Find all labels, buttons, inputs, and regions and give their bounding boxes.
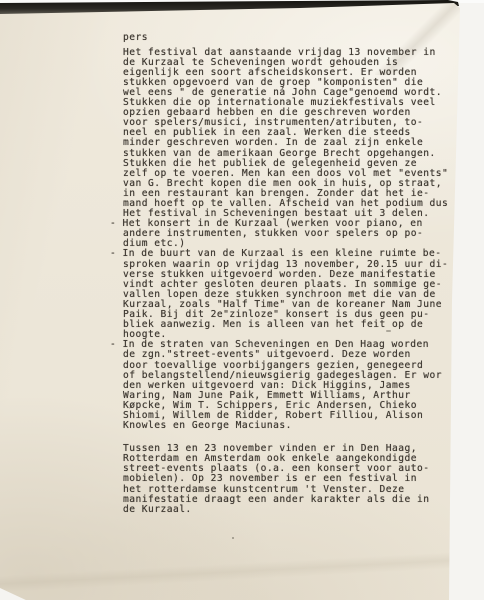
paragraph-block: Het festival dat aanstaande vrijdag 13 n…: [110, 48, 448, 220]
paragraph-block: Tussen 13 en 23 november vinden er in De…: [110, 444, 448, 515]
page-heading: pers: [110, 33, 448, 43]
typewritten-line: de zgn."street-events" uitgevoerd. Deze …: [123, 350, 448, 360]
paper-sheet: pers Het festival dat aanstaande vrijdag…: [0, 0, 484, 600]
text-body: pers Het festival dat aanstaande vrijdag…: [110, 33, 448, 515]
bullet-block: - In de buurt van de Kurzaal is een klei…: [110, 249, 448, 340]
typewritten-line: Knowles en George Maciunas.: [123, 421, 448, 431]
ink-speck: [232, 537, 234, 539]
paper-crease-bottom: [0, 548, 484, 592]
bullet-block: - In de straten van Scheveningen en Den …: [110, 340, 448, 431]
typewritten-line: bliek aanwezig. Men is alleen van het fe…: [123, 320, 448, 330]
bullet-block: - Het konsert in de Kurzaal (werken voor…: [110, 219, 448, 249]
typewritten-line: de Kurzaal.: [123, 505, 448, 515]
scanned-document-page: pers Het festival dat aanstaande vrijdag…: [0, 0, 484, 600]
